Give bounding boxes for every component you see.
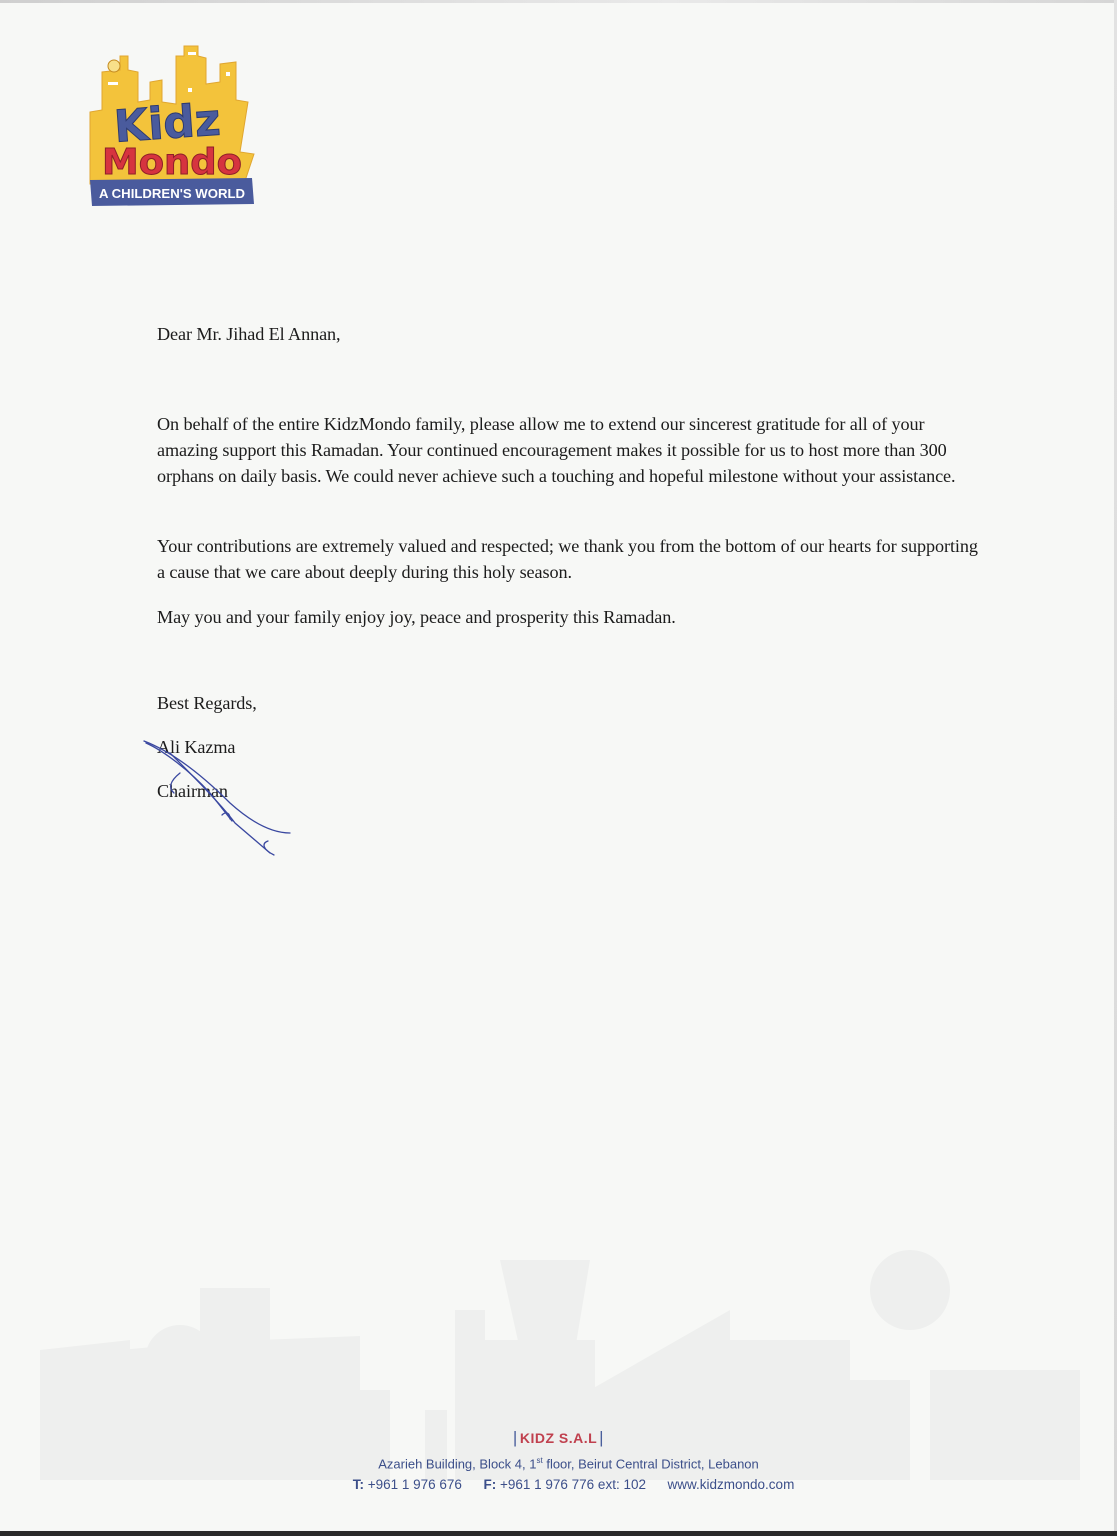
website-link[interactable]: www.kidzmondo.com — [668, 1477, 795, 1492]
kidzmondo-logo: Kidz Mondo A CHILDREN'S WORLD — [80, 42, 260, 210]
closing: Best Regards, — [157, 690, 257, 716]
logo-tagline: A CHILDREN'S WORLD — [99, 186, 245, 201]
paragraph-gratitude: On behalf of the entire KidzMondo family… — [157, 411, 987, 489]
signer-name: Ali Kazma — [157, 734, 235, 760]
salutation: Dear Mr. Jihad El Annan, — [157, 321, 340, 347]
divider-bar-left: | — [511, 1428, 520, 1447]
fax-label: F: — [483, 1477, 496, 1492]
fax-number: +961 1 976 776 ext: 102 — [500, 1477, 646, 1492]
signer-title: Chairman — [157, 778, 228, 804]
paragraph-wishes: May you and your family enjoy joy, peace… — [157, 604, 987, 630]
divider-bar-right: | — [597, 1428, 606, 1447]
company-name: |KIDZ S.A.L| — [0, 1428, 1117, 1448]
page-edge-top — [0, 0, 1117, 3]
letterhead-footer: |KIDZ S.A.L| Azarieh Building, Block 4, … — [0, 1428, 1117, 1492]
company-address: Azarieh Building, Block 4, 1st floor, Be… — [20, 1456, 1117, 1471]
logo-mondo-text: Mondo — [102, 142, 242, 183]
phone-number: +961 1 976 676 — [368, 1477, 462, 1492]
phone-label: T: — [353, 1477, 364, 1492]
page-edge-bottom — [0, 1531, 1117, 1536]
paragraph-contributions: Your contributions are extremely valued … — [157, 533, 987, 585]
company-contact: T: +961 1 976 676 F: +961 1 976 776 ext:… — [30, 1477, 1117, 1492]
